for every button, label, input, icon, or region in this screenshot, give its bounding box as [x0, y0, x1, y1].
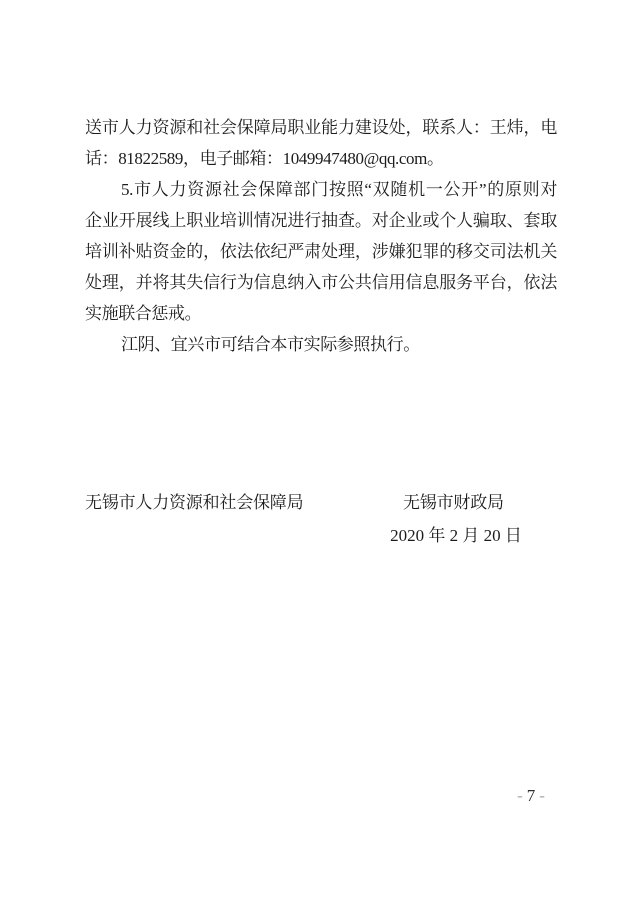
page-number-dash: -	[539, 786, 545, 805]
document-page: 送市人力资源和社会保障局职业能力建设处，联系人：王炜，电 话：81822589，…	[0, 0, 640, 905]
signature-issuer-left: 无锡市人力资源和社会保障局	[85, 487, 303, 518]
signature-date: 2020 年 2 月 20 日	[388, 520, 524, 551]
body-line: 江阴、宜兴市可结合本市实际参照执行。	[85, 329, 557, 360]
page-number-footer: -7-	[503, 780, 559, 811]
body-line: 培训补贴资金的，依法依纪严肃处理，涉嫌犯罪的移交司法机关	[85, 236, 557, 267]
signature-issuer-right: 无锡市财政局	[403, 487, 504, 518]
body-line: 实施联合惩戒。	[85, 298, 557, 329]
page-number-dash: -	[517, 786, 523, 805]
page-number: 7	[527, 786, 536, 805]
body-line: 送市人力资源和社会保障局职业能力建设处，联系人：王炜，电	[85, 112, 557, 143]
body-line: 处理，并将其失信行为信息纳入市公共信用信息服务平台，依法	[85, 267, 557, 298]
signature-row: 无锡市人力资源和社会保障局 无锡市财政局	[85, 487, 557, 518]
body-line: 企业开展线上职业培训情况进行抽查。对企业或个人骗取、套取	[85, 205, 557, 236]
body-line: 话：81822589，电子邮箱：1049947480@qq.com。	[85, 143, 557, 174]
body-line: 5.市人力资源社会保障部门按照“双随机一公开”的原则对	[85, 174, 557, 205]
body-text-block: 送市人力资源和社会保障局职业能力建设处，联系人：王炜，电 话：81822589，…	[85, 112, 557, 360]
